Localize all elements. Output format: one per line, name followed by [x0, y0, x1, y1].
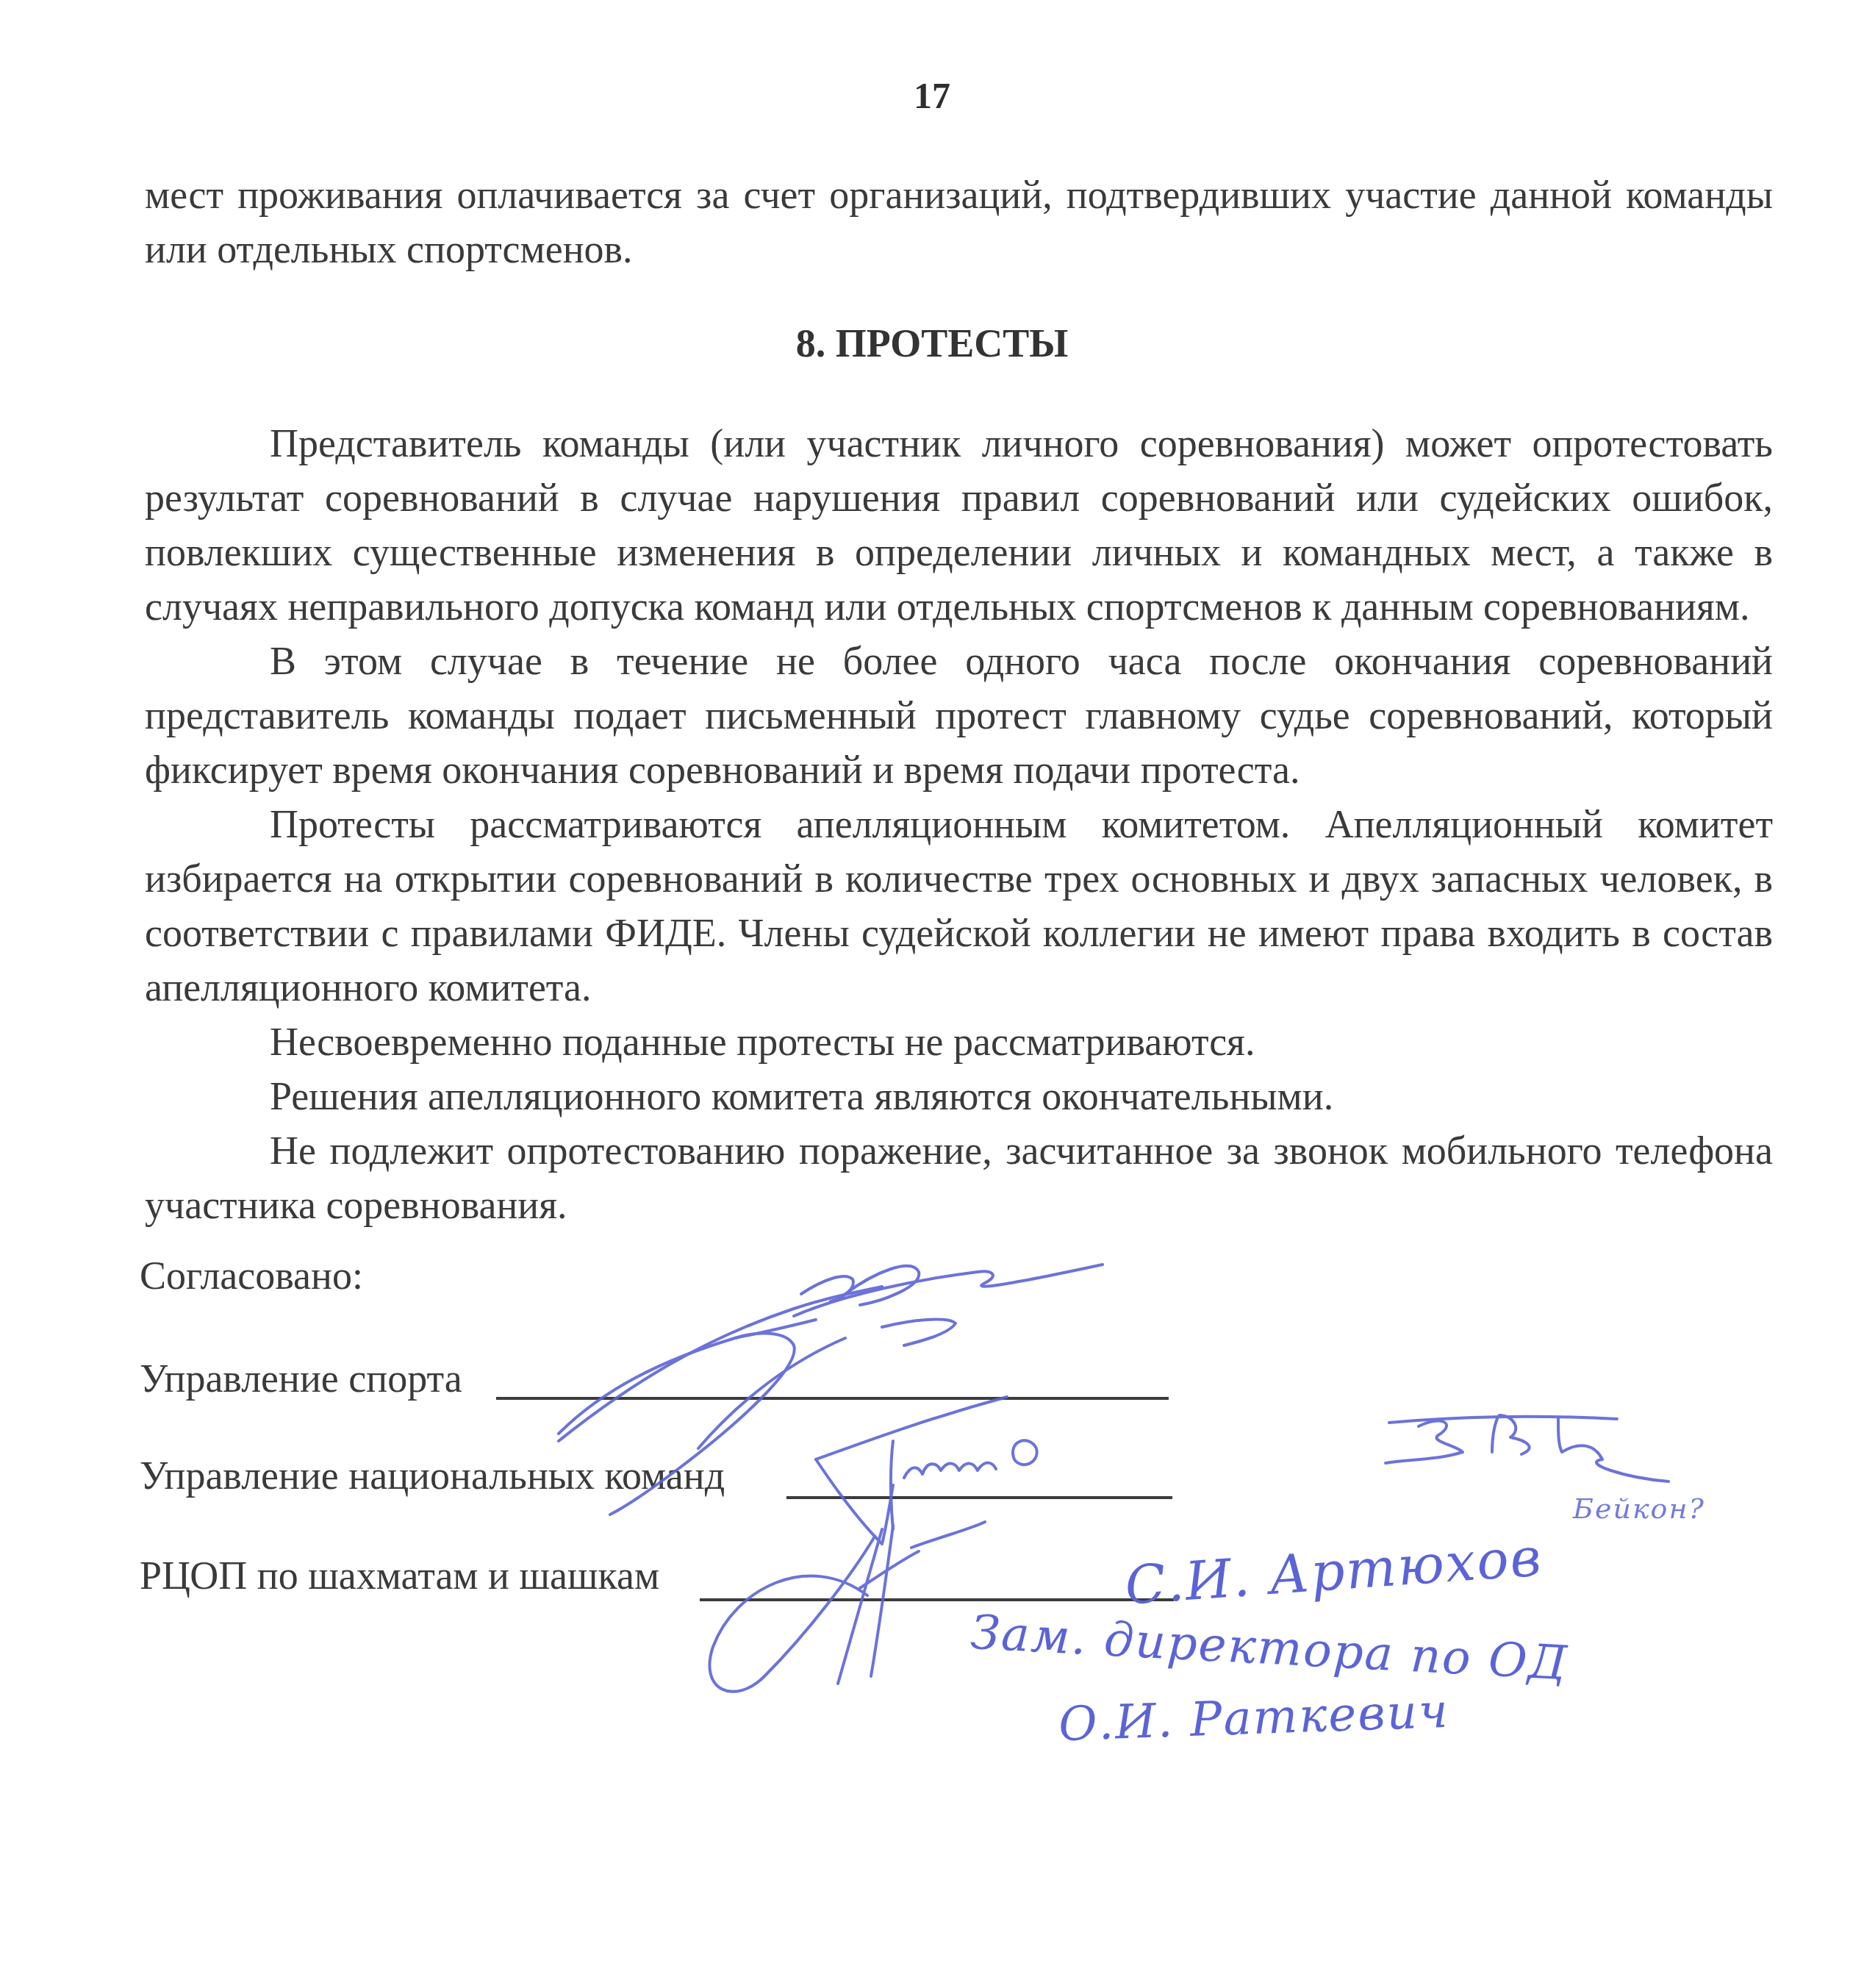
signatory-rcop: РЦОП по шахматам и шашкам [140, 1550, 659, 1601]
signatory-organization: РЦОП по шахматам и шашкам [140, 1553, 659, 1598]
section-body: Представитель команды (или участник личн… [145, 416, 1773, 1232]
signature-line-sport [496, 1397, 1169, 1400]
paragraph-protest-grounds: Представитель команды (или участник личн… [145, 416, 1773, 634]
paragraph-final-decisions: Решения апелляционного комитета являются… [145, 1069, 1773, 1123]
section-title: 8. ПРОТЕСТЫ [0, 318, 1864, 369]
paragraph-mobile-phone: Не подлежит опротестованию поражение, за… [145, 1123, 1773, 1232]
handwritten-name-beikon: Бейкон? [1573, 1492, 1705, 1525]
paragraph-protest-deadline: В этом случае в течение не более одного … [145, 634, 1773, 797]
signature-national-teams-icon [816, 1440, 1037, 1544]
handwritten-name-artyukhov: С.И. Артюхов [1123, 1526, 1544, 1616]
intro-paragraph: мест проживания оплачивается за счет орг… [145, 168, 1773, 276]
signatory-national-teams: Управление национальных команд [140, 1450, 725, 1501]
paragraph-late-protests: Несвоевременно поданные протесты не расс… [145, 1015, 1773, 1069]
handwritten-deputy-title: Зам. директора по ОД [969, 1606, 1570, 1691]
approval-label: Согласовано: [140, 1250, 363, 1301]
page-number: 17 [0, 74, 1864, 118]
signature-right-initials-icon [1386, 1415, 1668, 1481]
signature-rcop-icon [709, 1522, 985, 1692]
paragraph-appeals-committee: Протесты рассматриваются апелляционным к… [145, 797, 1773, 1015]
handwritten-deputy-name: О.И. Раткевич [1058, 1684, 1450, 1753]
signatory-organization: Управление спорта [140, 1356, 462, 1401]
signature-line-national-teams [786, 1496, 1172, 1499]
signatory-organization: Управление национальных команд [140, 1454, 725, 1498]
signatory-sport-department: Управление спорта [140, 1353, 462, 1404]
signature-line-rcop [700, 1598, 1174, 1601]
intro-text: мест проживания оплачивается за счет орг… [145, 168, 1773, 276]
